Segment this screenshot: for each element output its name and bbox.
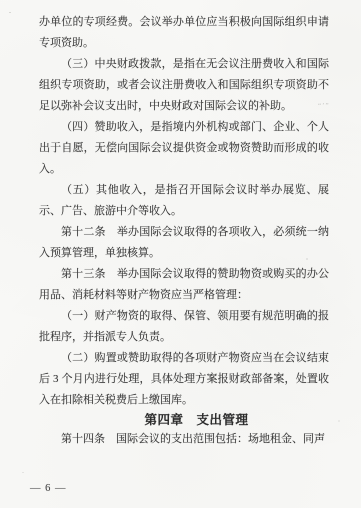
scan-smudge: “’” xyxy=(318,102,330,110)
scan-speck xyxy=(306,258,308,260)
scan-speck xyxy=(22,472,24,473)
body-paragraph: （一）财产物资的取得、保管、领用要有规范明确的报批程序，并指派专人负责。 xyxy=(39,306,329,348)
body-paragraph: （三）中央财政拨款，是指在无会议注册费收入和国际组织专项资助，或者会议注册费收入… xyxy=(39,54,329,117)
body-paragraph: （四）赞助收入，是指境内外机构或部门、企业、个人出于自愿，无偿向国际会议提供资金… xyxy=(39,117,329,180)
scanned-document-page: 办单位的专项经费。会议举办单位应当积极向国际组织申请专项资助。 （三）中央财政拨… xyxy=(0,0,361,508)
body-paragraph: 办单位的专项经费。会议举办单位应当积极向国际组织申请专项资助。 xyxy=(39,12,329,54)
body-paragraph: 第十三条 举办国际会议取得的赞助物资或购买的办公用品、消耗材料等财产物资应当严格… xyxy=(39,264,329,306)
document-body: 办单位的专项经费。会议举办单位应当积极向国际组织申请专项资助。 （三）中央财政拨… xyxy=(39,12,329,450)
body-paragraph: 第十二条 举办国际会议取得的各项收入，必须统一纳入预算管理，单独核算。 xyxy=(39,222,329,264)
body-paragraph: （五）其他收入，是指召开国际会议时举办展览、展示、广告、旅游中介等收入。 xyxy=(39,180,329,222)
page-number: — 6 — xyxy=(30,483,67,494)
body-paragraph: （二）购置或赞助取得的各项财产物资应当在会议结束后 3 个月内进行处理，具体处理… xyxy=(39,348,329,411)
body-paragraph: 第十四条 国际会议的支出范围包括：场地租金、同声 xyxy=(39,429,329,450)
scan-speck xyxy=(9,12,11,13)
chapter-heading: 第四章 支出管理 xyxy=(39,411,329,429)
scan-speck xyxy=(338,420,340,422)
